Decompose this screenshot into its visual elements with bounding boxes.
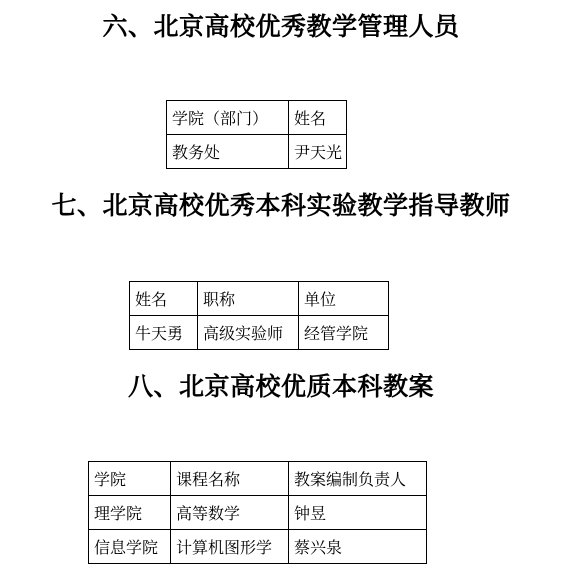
table-header-cell: 职称	[198, 282, 299, 316]
table-header-cell: 单位	[299, 282, 389, 316]
table-cell: 计算机图形学	[171, 530, 289, 564]
table-cell: 经管学院	[299, 316, 389, 350]
table-cell: 牛天勇	[130, 316, 198, 350]
table-cell: 理学院	[89, 496, 171, 530]
table-header-cell: 课程名称	[171, 462, 289, 496]
table-cell: 蔡兴泉	[289, 530, 427, 564]
table-cell: 钟昱	[289, 496, 427, 530]
table-cell: 尹天光	[289, 135, 347, 169]
section-8-heading: 八、北京高校优质本科教案	[0, 372, 562, 402]
table-row: 牛天勇 高级实验师 经管学院	[130, 316, 389, 350]
table-cell: 教务处	[167, 135, 289, 169]
table-row: 信息学院 计算机图形学 蔡兴泉	[89, 530, 427, 564]
table-header-cell: 学院（部门）	[167, 101, 289, 135]
table-header-cell: 教案编制负责人	[289, 462, 427, 496]
table-row: 教务处 尹天光	[167, 135, 347, 169]
table-row: 理学院 高等数学 钟昱	[89, 496, 427, 530]
document-page: 六、北京高校优秀教学管理人员 学院（部门） 姓名 教务处 尹天光 七、北京高校优…	[0, 0, 562, 588]
section-6-heading: 六、北京高校优秀教学管理人员	[0, 12, 562, 42]
table-header-cell: 姓名	[289, 101, 347, 135]
table-header-cell: 姓名	[130, 282, 198, 316]
table-cell: 信息学院	[89, 530, 171, 564]
table-header-cell: 学院	[89, 462, 171, 496]
table-cell: 高级实验师	[198, 316, 299, 350]
table-cell: 高等数学	[171, 496, 289, 530]
section-7-table: 姓名 职称 单位 牛天勇 高级实验师 经管学院	[129, 281, 389, 350]
section-8-table: 学院 课程名称 教案编制负责人 理学院 高等数学 钟昱 信息学院 计算机图形学 …	[88, 461, 427, 564]
table-header-row: 姓名 职称 单位	[130, 282, 389, 316]
table-header-row: 学院（部门） 姓名	[167, 101, 347, 135]
section-7-heading: 七、北京高校优秀本科实验教学指导教师	[0, 191, 562, 221]
table-header-row: 学院 课程名称 教案编制负责人	[89, 462, 427, 496]
section-6-table: 学院（部门） 姓名 教务处 尹天光	[166, 100, 347, 169]
